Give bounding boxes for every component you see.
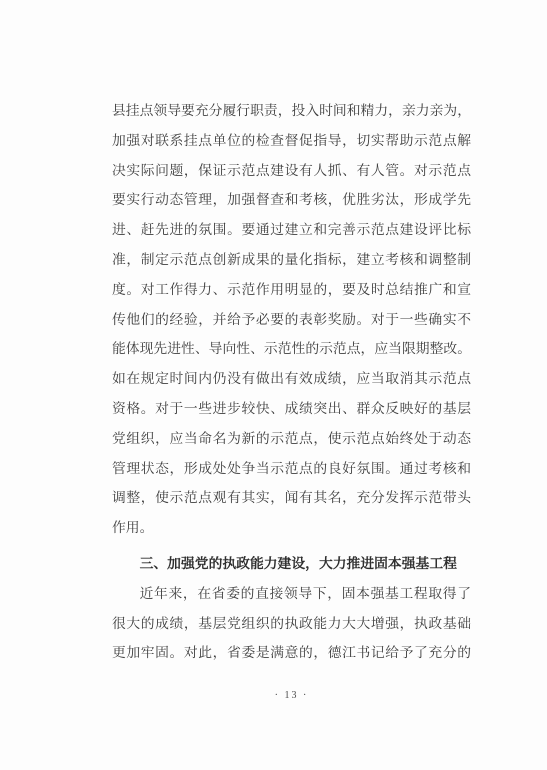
text-line: 作用。 (112, 513, 471, 543)
document-page: 县挂点领导要充分履行职责，投入时间和精力，亲力亲为，加强对联系挂点单位的检查督促… (0, 0, 547, 770)
text-line: 党组织，应当命名为新的示范点，使示范点始终处于动态 (112, 424, 471, 454)
text-line: 准，制定示范点创新成果的量化指标，建立考核和调整制 (112, 245, 471, 275)
text-line: 进、赶先进的氛围。要通过建立和完善示范点建设评比标 (112, 215, 471, 245)
text-block: 县挂点领导要充分履行职责，投入时间和精力，亲力亲为，加强对联系挂点单位的检查督促… (112, 96, 471, 668)
text-line: 很大的成绩，基层党组织的执政能力大大增强，执政基础 (112, 609, 471, 639)
text-line: 县挂点领导要充分履行职责，投入时间和精力，亲力亲为， (112, 96, 471, 126)
text-line: 度。对工作得力、示范作用明显的，要及时总结推广和宣 (112, 275, 471, 305)
text-line: 管理状态，形成处处争当示范点的良好氛围。通过考核和 (112, 454, 471, 484)
text-line: 如在规定时间内仍没有做出有效成绩，应当取消其示范点 (112, 364, 471, 394)
text-line: 调整，使示范点观有其实，闻有其名，充分发挥示范带头 (112, 483, 471, 513)
text-line: 要实行动态管理，加强督查和考核，优胜劣汰，形成学先 (112, 185, 471, 215)
text-line: 加强对联系挂点单位的检查督促指导，切实帮助示范点解 (112, 126, 471, 156)
text-line: 资格。对于一些进步较快、成绩突出、群众反映好的基层 (112, 394, 471, 424)
text-line: 更加牢固。对此，省委是满意的，德江书记给予了充分的 (112, 638, 471, 668)
section-heading: 三、加强党的执政能力建设，大力推进固本强基工程 (112, 549, 471, 579)
page-number: · 13 · (112, 690, 471, 701)
text-line: 能体现先进性、导向性、示范性的示范点，应当限期整改。 (112, 334, 471, 364)
text-line: 传他们的经验，并给予必要的表彰奖励。对于一些确实不 (112, 305, 471, 335)
paragraph-2: 近年来，在省委的直接领导下，固本强基工程取得了很大的成绩，基层党组织的执政能力大… (112, 579, 471, 668)
paragraph-continuation: 县挂点领导要充分履行职责，投入时间和精力，亲力亲为，加强对联系挂点单位的检查督促… (112, 96, 471, 543)
text-line: 近年来，在省委的直接领导下，固本强基工程取得了 (112, 579, 471, 609)
text-line: 决实际问题，保证示范点建设有人抓、有人管。对示范点 (112, 156, 471, 186)
